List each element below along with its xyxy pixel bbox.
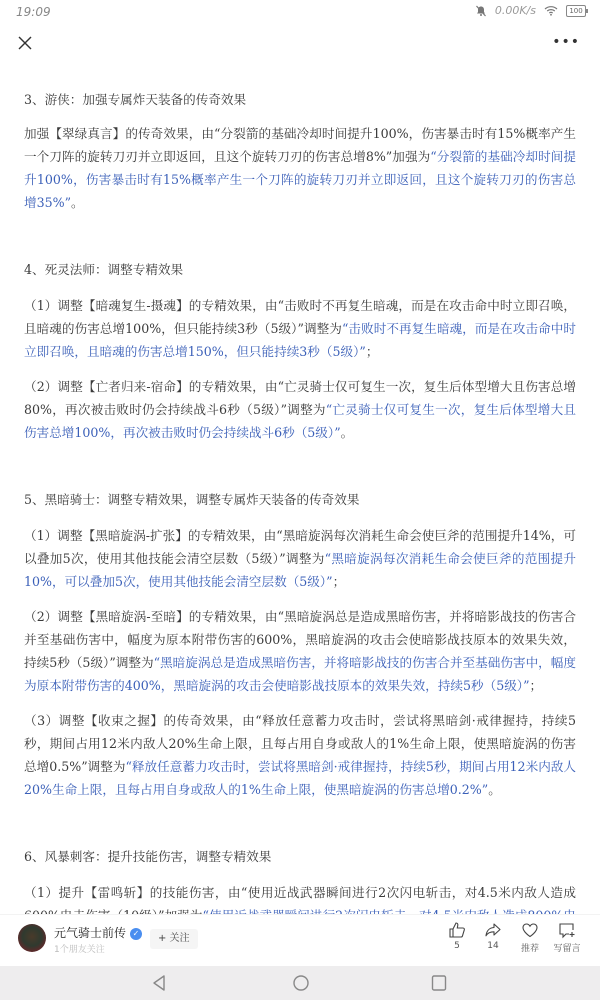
close-button[interactable] xyxy=(14,32,36,54)
share-icon xyxy=(484,921,502,939)
paragraph: 加强【翠绿真言】的传奇效果，由“分裂箭的基础冷却时间提升100%，伤害暴击时有1… xyxy=(24,122,576,214)
system-nav-bar xyxy=(0,966,600,1000)
comment-icon xyxy=(558,921,576,939)
paragraph: （2）调整【黑暗旋涡-至暗】的专精效果，由“黑暗旋涡总是造成黑暗伤害，并将暗影战… xyxy=(24,605,576,697)
back-button[interactable] xyxy=(151,974,167,996)
recommend-button[interactable]: 推荐 xyxy=(510,921,550,954)
bottom-action-bar: 元气骑士前传✓ 1个朋友关注 + 关注 5 14 推荐 写留言 xyxy=(0,914,600,967)
paragraph: （1）调整【黑暗旋涡-扩张】的专精效果，由“黑暗旋涡每次消耗生命会使巨斧的范围提… xyxy=(24,524,576,593)
follow-button[interactable]: + 关注 xyxy=(150,929,198,949)
like-button[interactable]: 5 xyxy=(437,921,477,951)
heart-icon xyxy=(521,921,539,939)
author-name[interactable]: 元气骑士前传✓ xyxy=(54,924,142,941)
home-icon xyxy=(292,974,310,992)
share-button[interactable]: 14 xyxy=(473,921,513,951)
recents-button[interactable] xyxy=(431,974,447,996)
author-name-text: 元气骑士前传 xyxy=(54,926,126,940)
article-content[interactable]: 3、游侠：加强专属炸天装备的传奇效果 加强【翠绿真言】的传奇效果，由“分裂箭的基… xyxy=(0,62,600,914)
recents-icon xyxy=(431,974,447,992)
article-body: 3、游侠：加强专属炸天装备的传奇效果 加强【翠绿真言】的传奇效果，由“分裂箭的基… xyxy=(0,62,600,914)
wifi-icon xyxy=(544,5,558,16)
more-button[interactable]: ••• xyxy=(552,34,580,50)
paragraph-tail: ； xyxy=(366,344,379,359)
section-title: 3、游侠：加强专属炸天装备的传奇效果 xyxy=(24,90,576,110)
write-comment-button[interactable]: 写留言 xyxy=(547,921,587,954)
verified-badge-icon: ✓ xyxy=(130,928,142,940)
paragraph-tail: ； xyxy=(333,574,346,589)
paragraph-tail: 。 xyxy=(488,782,501,797)
section-title: 5、黑暗骑士：调整专精效果，调整专属炸天装备的传奇效果 xyxy=(24,490,576,510)
author-subtitle: 1个朋友关注 xyxy=(54,942,105,955)
share-count: 14 xyxy=(473,941,513,951)
status-bar: 19:09 0.00K/s 100 xyxy=(0,0,600,24)
paragraph-tail: 。 xyxy=(71,195,84,210)
paragraph: （2）调整【亡者归来-宿命】的专精效果，由“亡灵骑士仅可复生一次，复生后体型增大… xyxy=(24,375,576,444)
close-icon xyxy=(14,32,36,54)
net-speed: 0.00K/s xyxy=(495,4,536,17)
like-icon xyxy=(448,921,466,939)
paragraph-tail: 。 xyxy=(341,425,354,440)
section-title: 6、风暴刺客：提升技能伤害，调整专精效果 xyxy=(24,847,576,867)
back-icon xyxy=(151,974,167,992)
status-time: 19:09 xyxy=(16,5,51,19)
paragraph: （1）提升【雷鸣斩】的技能伤害，由“使用近战武器瞬间进行2次闪电斩击，对4.5米… xyxy=(24,881,576,914)
mute-icon xyxy=(475,5,487,17)
top-bar: ••• xyxy=(0,24,600,63)
like-count: 5 xyxy=(437,941,477,951)
paragraph: （1）调整【暗魂复生-摄魂】的专精效果，由“击败时不再复生暗魂，而是在攻击命中时… xyxy=(24,294,576,363)
recommend-label: 推荐 xyxy=(510,941,550,954)
battery-icon: 100 xyxy=(566,5,586,17)
paragraph-tail: ； xyxy=(530,678,543,693)
section-title: 4、死灵法师：调整专精效果 xyxy=(24,260,576,280)
status-indicators: 0.00K/s 100 xyxy=(475,4,586,17)
home-button[interactable] xyxy=(292,974,310,996)
write-comment-label: 写留言 xyxy=(547,941,587,954)
paragraph: （3）调整【收束之握】的传奇效果，由“释放任意蓄力攻击时，尝试将黑暗剑·戒律握持… xyxy=(24,709,576,801)
author-avatar[interactable] xyxy=(18,924,46,952)
